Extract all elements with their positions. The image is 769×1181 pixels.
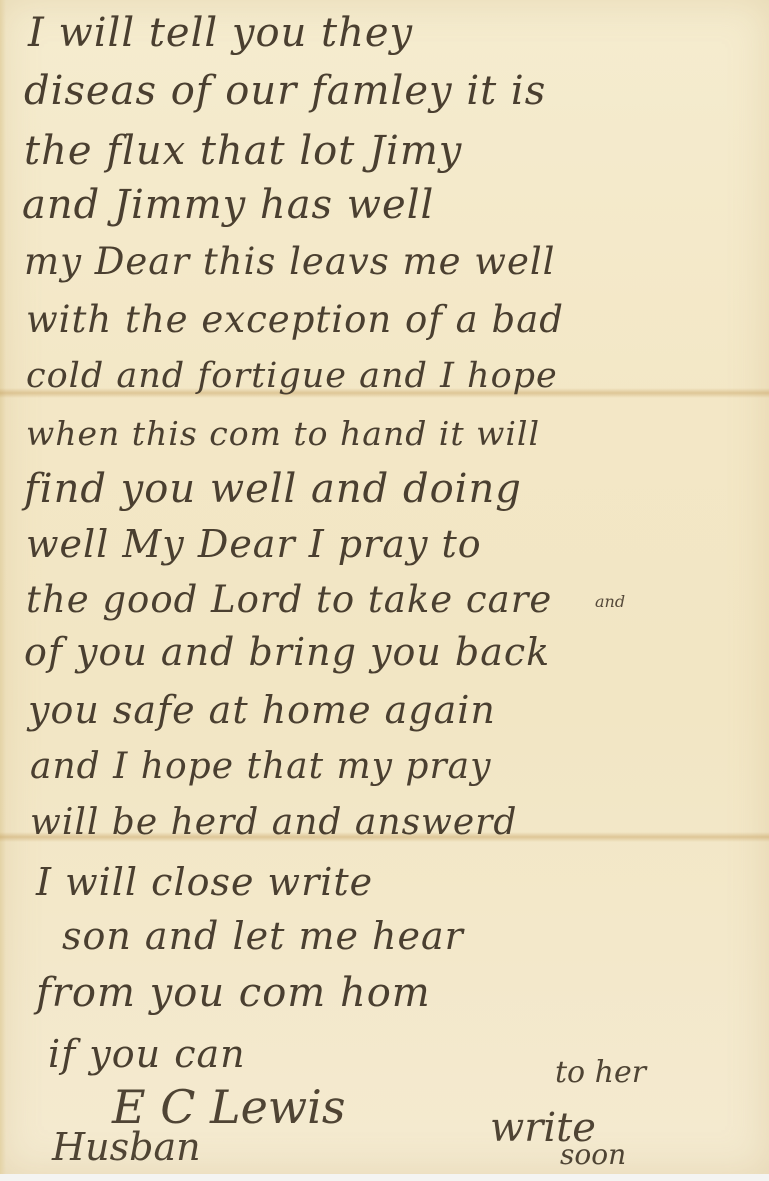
letter-line: the flux that lot Jimy — [24, 128, 769, 174]
letter-line: when this com to hand it will — [26, 414, 769, 453]
letter-line: find you well and doing — [24, 466, 769, 512]
interlinear-insert: and — [595, 592, 625, 611]
letter-line: will be herd and answerd — [30, 802, 769, 843]
letter-line: son and let me hear — [62, 914, 769, 958]
letter-line: and Jimmy has well — [22, 182, 769, 228]
letter-line: I will tell you they — [28, 10, 769, 56]
signature-soon: soon — [560, 1138, 626, 1171]
letter-line: cold and fortigue and I hope — [26, 356, 769, 396]
letter-line: and I hope that my pray — [30, 746, 769, 787]
letter-line: I will close write — [36, 860, 769, 904]
letter-line: of you and bring you back — [24, 630, 769, 674]
letter-line: if you can — [48, 1032, 769, 1076]
letter-line: from you com hom — [36, 970, 769, 1016]
letter-line: well My Dear I pray to — [26, 522, 769, 566]
letter-line: my Dear this leavs me well — [24, 240, 769, 283]
letter-line: the good Lord to take care — [26, 578, 769, 621]
letter-line: with the exception of a bad — [26, 298, 769, 341]
paper-edge — [0, 0, 6, 1174]
signature-to-her: to her — [555, 1055, 646, 1090]
letter-line: diseas of our famley it is — [24, 68, 769, 114]
signature-husband: Husban — [52, 1125, 201, 1169]
letter-line: you safe at home again — [28, 688, 769, 732]
letter-page: I will tell you they diseas of our famle… — [0, 0, 769, 1174]
